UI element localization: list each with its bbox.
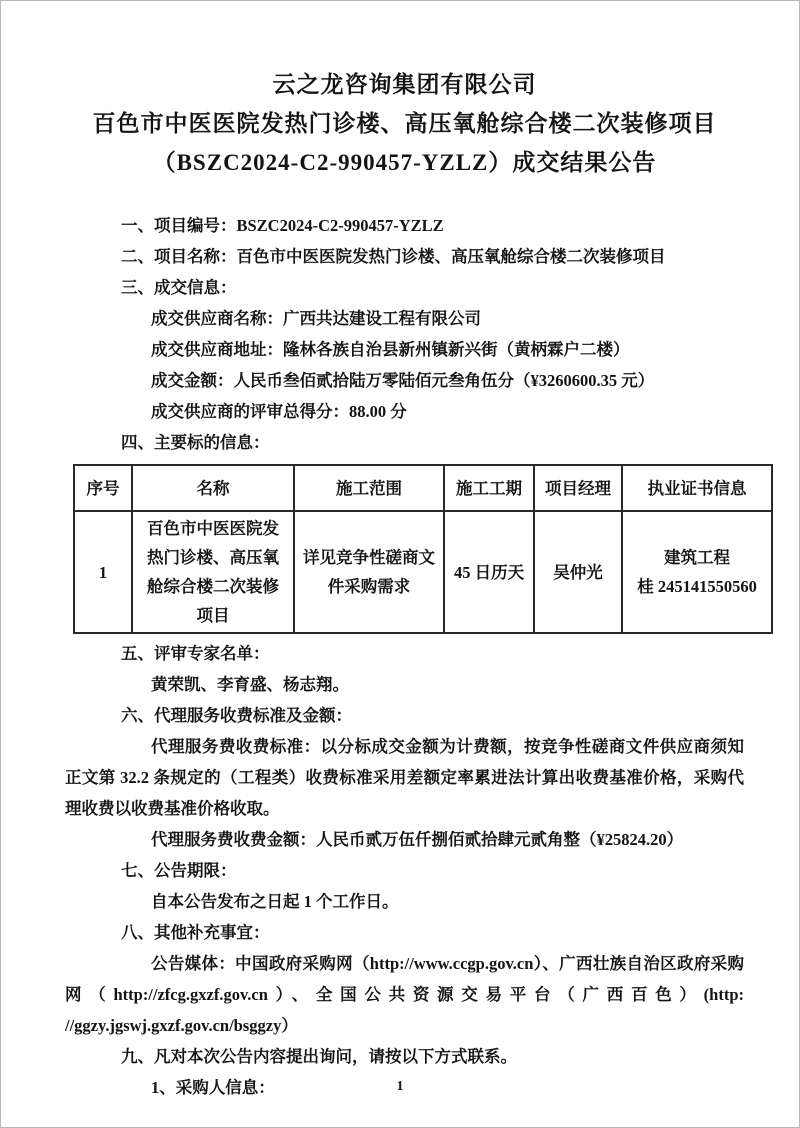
title-line-project: 百色市中医医院发热门诊楼、高压氧舱综合楼二次装修项目 (65, 104, 744, 143)
table-header-duration: 施工工期 (444, 465, 534, 511)
section-project-name: 二、项目名称：百色市中医医院发热门诊楼、高压氧舱综合楼二次装修项目 (65, 241, 744, 272)
page-number: 1 (1, 1079, 799, 1095)
table-header-manager: 项目经理 (534, 465, 622, 511)
table-header-seq: 序号 (74, 465, 132, 511)
section-project-number: 一、项目编号：BSZC2024-C2-990457-YZLZ (65, 210, 744, 241)
document-page: 云之龙咨询集团有限公司 百色市中医医院发热门诊楼、高压氧舱综合楼二次装修项目 （… (0, 0, 800, 1128)
experts-list: 黄荣凯、李育盛、杨志翔。 (65, 669, 744, 700)
title-line-company: 云之龙咨询集团有限公司 (65, 65, 744, 104)
cell-manager: 吴仲光 (534, 511, 622, 633)
table-header-name: 名称 (132, 465, 294, 511)
document-content: 云之龙咨询集团有限公司 百色市中医医院发热门诊楼、高压氧舱综合楼二次装修项目 （… (1, 1, 799, 1103)
award-supplier-name: 成交供应商名称：广西共达建设工程有限公司 (65, 303, 744, 334)
section-announcement-period-heading: 七、公告期限： (65, 855, 744, 886)
award-supplier-address: 成交供应商地址：隆林各族自治县新州镇新兴街（黄柄霖户二楼） (65, 334, 744, 365)
agency-fee-amount: 代理服务费收费金额：人民币贰万伍仟捌佰贰拾肆元贰角整（¥25824.20） (65, 824, 744, 855)
section-award-info-heading: 三、成交信息： (65, 272, 744, 303)
section-main-subject-heading: 四、主要标的信息： (65, 427, 744, 458)
cell-name: 百色市中医医院发热门诊楼、高压氧舱综合楼二次装修项目 (132, 511, 294, 633)
table-header-scope: 施工范围 (294, 465, 444, 511)
announcement-media: 公告媒体：中国政府采购网（http://www.ccgp.gov.cn）、广西壮… (65, 948, 744, 1041)
bid-info-table: 序号 名称 施工范围 施工工期 项目经理 执业证书信息 1 百色市中医医院发热门… (73, 464, 773, 634)
title-line-announcement: （BSZC2024-C2-990457-YZLZ）成交结果公告 (65, 143, 744, 182)
section-other-matters-heading: 八、其他补充事宜： (65, 917, 744, 948)
agency-fee-standard: 代理服务费收费标准：以分标成交金额为计费额，按竞争性磋商文件供应商须知正文第 3… (65, 731, 744, 824)
section-experts-heading: 五、评审专家名单： (65, 638, 744, 669)
award-amount: 成交金额：人民币叁佰贰拾陆万零陆佰元叁角伍分（¥3260600.35 元） (65, 365, 744, 396)
cell-certificate: 建筑工程 桂 245141550560 (622, 511, 772, 633)
announcement-period: 自本公告发布之日起 1 个工作日。 (65, 886, 744, 917)
table-row: 1 百色市中医医院发热门诊楼、高压氧舱综合楼二次装修项目 详见竞争性磋商文件采购… (74, 511, 772, 633)
cell-seq: 1 (74, 511, 132, 633)
document-body: 一、项目编号：BSZC2024-C2-990457-YZLZ 二、项目名称：百色… (65, 210, 744, 1103)
cell-duration: 45 日历天 (444, 511, 534, 633)
cell-scope: 详见竞争性磋商文件采购需求 (294, 511, 444, 633)
section-contact-heading: 九、凡对本次公告内容提出询问，请按以下方式联系。 (65, 1041, 744, 1072)
table-header-row: 序号 名称 施工范围 施工工期 项目经理 执业证书信息 (74, 465, 772, 511)
award-review-score: 成交供应商的评审总得分：88.00 分 (65, 396, 744, 427)
table-header-certificate: 执业证书信息 (622, 465, 772, 511)
document-title: 云之龙咨询集团有限公司 百色市中医医院发热门诊楼、高压氧舱综合楼二次装修项目 （… (65, 65, 744, 182)
section-agency-fee-heading: 六、代理服务收费标准及金额： (65, 700, 744, 731)
